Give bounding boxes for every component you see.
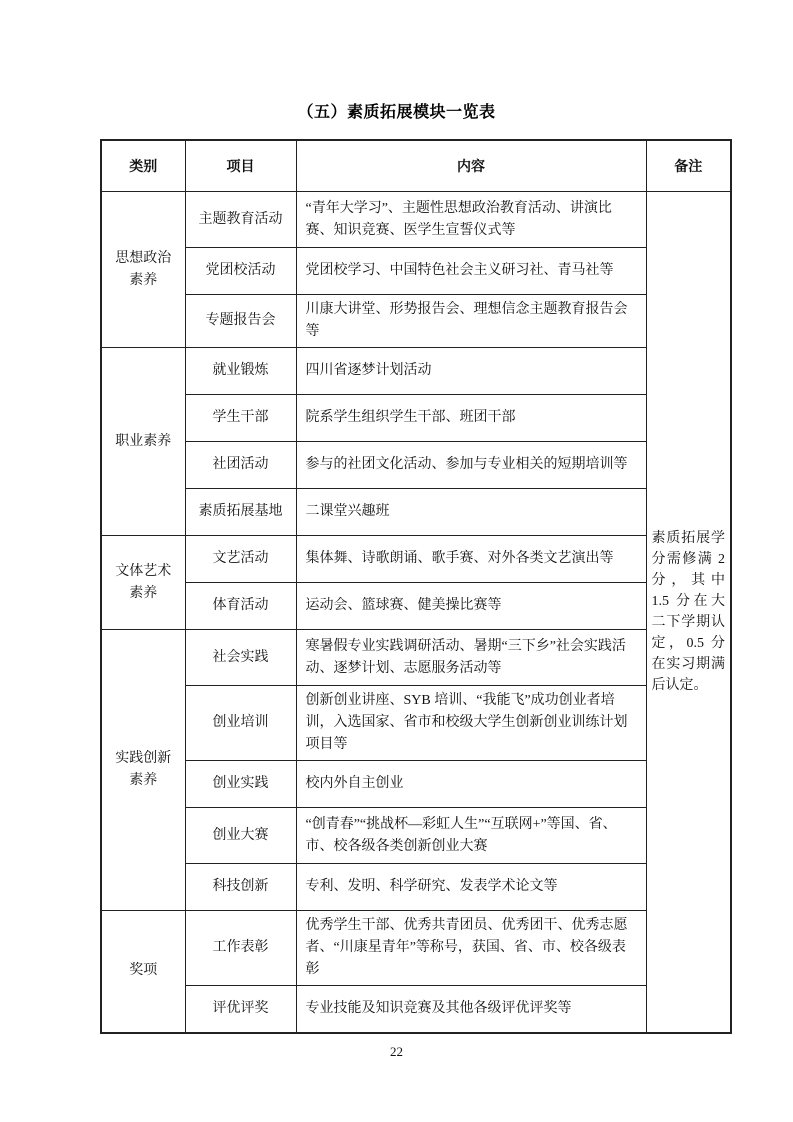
- project-cell: 文艺活动: [185, 536, 296, 583]
- remark-cell: 素质拓展学分需修满 2 分，其中 1.5 分在大二下学期认定，0.5 分在实习期…: [646, 192, 731, 1033]
- project-cell: 素质拓展基地: [185, 489, 296, 536]
- project-cell: 主题教育活动: [185, 192, 296, 248]
- content-cell: 党团校学习、中国特色社会主义研习社、青马社等: [296, 248, 646, 295]
- category-cell: 奖项: [101, 911, 185, 1033]
- table-row: 创业培训 创新创业讲座、SYB 培训、“我能飞”成功创业者培训，入选国家、省市和…: [101, 686, 731, 761]
- table-row: 实践创新素养 社会实践 寒暑假专业实践调研活动、暑期“三下乡”社会实践活动、逐梦…: [101, 630, 731, 686]
- category-cell: 实践创新素养: [101, 630, 185, 911]
- table-row: 党团校活动 党团校学习、中国特色社会主义研习社、青马社等: [101, 248, 731, 295]
- project-cell: 工作表彰: [185, 911, 296, 986]
- content-cell: “青年大学习”、主题性思想政治教育活动、讲演比赛、知识竞赛、医学生宣誓仪式等: [296, 192, 646, 248]
- project-cell: 社团活动: [185, 442, 296, 489]
- table-row: 创业大赛 “创青春”“挑战杯—彩虹人生”“互联网+”等国、省、市、校各级各类创新…: [101, 808, 731, 864]
- content-cell: 运动会、篮球赛、健美操比赛等: [296, 583, 646, 630]
- col-header-project: 项目: [185, 140, 296, 192]
- content-cell: 专业技能及知识竞赛及其他各级评优评奖等: [296, 986, 646, 1033]
- content-cell: 集体舞、诗歌朗诵、歌手赛、对外各类文艺演出等: [296, 536, 646, 583]
- content-cell: 四川省逐梦计划活动: [296, 348, 646, 395]
- project-cell: 专题报告会: [185, 295, 296, 348]
- project-cell: 创业培训: [185, 686, 296, 761]
- table-row: 奖项 工作表彰 优秀学生干部、优秀共青团员、优秀团干、优秀志愿者、“川康星青年”…: [101, 911, 731, 986]
- table-row: 创业实践 校内外自主创业: [101, 761, 731, 808]
- table-row: 学生干部 院系学生组织学生干部、班团干部: [101, 395, 731, 442]
- page-number: 22: [0, 1044, 793, 1060]
- document-page: （五）素质拓展模块一览表 类别 项目 内容 备注 思想政治素养 主题教育活动 “…: [0, 0, 793, 1122]
- category-cell: 思想政治素养: [101, 192, 185, 348]
- project-cell: 科技创新: [185, 864, 296, 911]
- table-row: 科技创新 专利、发明、科学研究、发表学术论文等: [101, 864, 731, 911]
- content-cell: 校内外自主创业: [296, 761, 646, 808]
- project-cell: 创业大赛: [185, 808, 296, 864]
- project-cell: 体育活动: [185, 583, 296, 630]
- content-cell: 优秀学生干部、优秀共青团员、优秀团干、优秀志愿者、“川康星青年”等称号，获国、省…: [296, 911, 646, 986]
- table-row: 评优评奖 专业技能及知识竞赛及其他各级评优评奖等: [101, 986, 731, 1033]
- table-row: 素质拓展基地 二课堂兴趣班: [101, 489, 731, 536]
- content-cell: 二课堂兴趣班: [296, 489, 646, 536]
- table-row: 思想政治素养 主题教育活动 “青年大学习”、主题性思想政治教育活动、讲演比赛、知…: [101, 192, 731, 248]
- category-cell: 职业素养: [101, 348, 185, 536]
- project-cell: 党团校活动: [185, 248, 296, 295]
- content-cell: “创青春”“挑战杯—彩虹人生”“互联网+”等国、省、市、校各级各类创新创业大赛: [296, 808, 646, 864]
- table-row: 专题报告会 川康大讲堂、形势报告会、理想信念主题教育报告会等: [101, 295, 731, 348]
- table-row: 文体艺术素养 文艺活动 集体舞、诗歌朗诵、歌手赛、对外各类文艺演出等: [101, 536, 731, 583]
- content-cell: 创新创业讲座、SYB 培训、“我能飞”成功创业者培训，入选国家、省市和校级大学生…: [296, 686, 646, 761]
- category-cell: 文体艺术素养: [101, 536, 185, 630]
- col-header-content: 内容: [296, 140, 646, 192]
- col-header-category: 类别: [101, 140, 185, 192]
- project-cell: 就业锻炼: [185, 348, 296, 395]
- content-cell: 寒暑假专业实践调研活动、暑期“三下乡”社会实践活动、逐梦计划、志愿服务活动等: [296, 630, 646, 686]
- table-row: 职业素养 就业锻炼 四川省逐梦计划活动: [101, 348, 731, 395]
- content-cell: 院系学生组织学生干部、班团干部: [296, 395, 646, 442]
- header-row: 类别 项目 内容 备注: [101, 140, 731, 192]
- project-cell: 创业实践: [185, 761, 296, 808]
- col-header-remark: 备注: [646, 140, 731, 192]
- content-cell: 川康大讲堂、形势报告会、理想信念主题教育报告会等: [296, 295, 646, 348]
- table-row: 社团活动 参与的社团文化活动、参加与专业相关的短期培训等: [101, 442, 731, 489]
- table-row: 体育活动 运动会、篮球赛、健美操比赛等: [101, 583, 731, 630]
- project-cell: 社会实践: [185, 630, 296, 686]
- content-cell: 参与的社团文化活动、参加与专业相关的短期培训等: [296, 442, 646, 489]
- project-cell: 学生干部: [185, 395, 296, 442]
- page-title: （五）素质拓展模块一览表: [0, 0, 793, 122]
- quality-module-table: 类别 项目 内容 备注 思想政治素养 主题教育活动 “青年大学习”、主题性思想政…: [100, 139, 732, 1034]
- content-cell: 专利、发明、科学研究、发表学术论文等: [296, 864, 646, 911]
- project-cell: 评优评奖: [185, 986, 296, 1033]
